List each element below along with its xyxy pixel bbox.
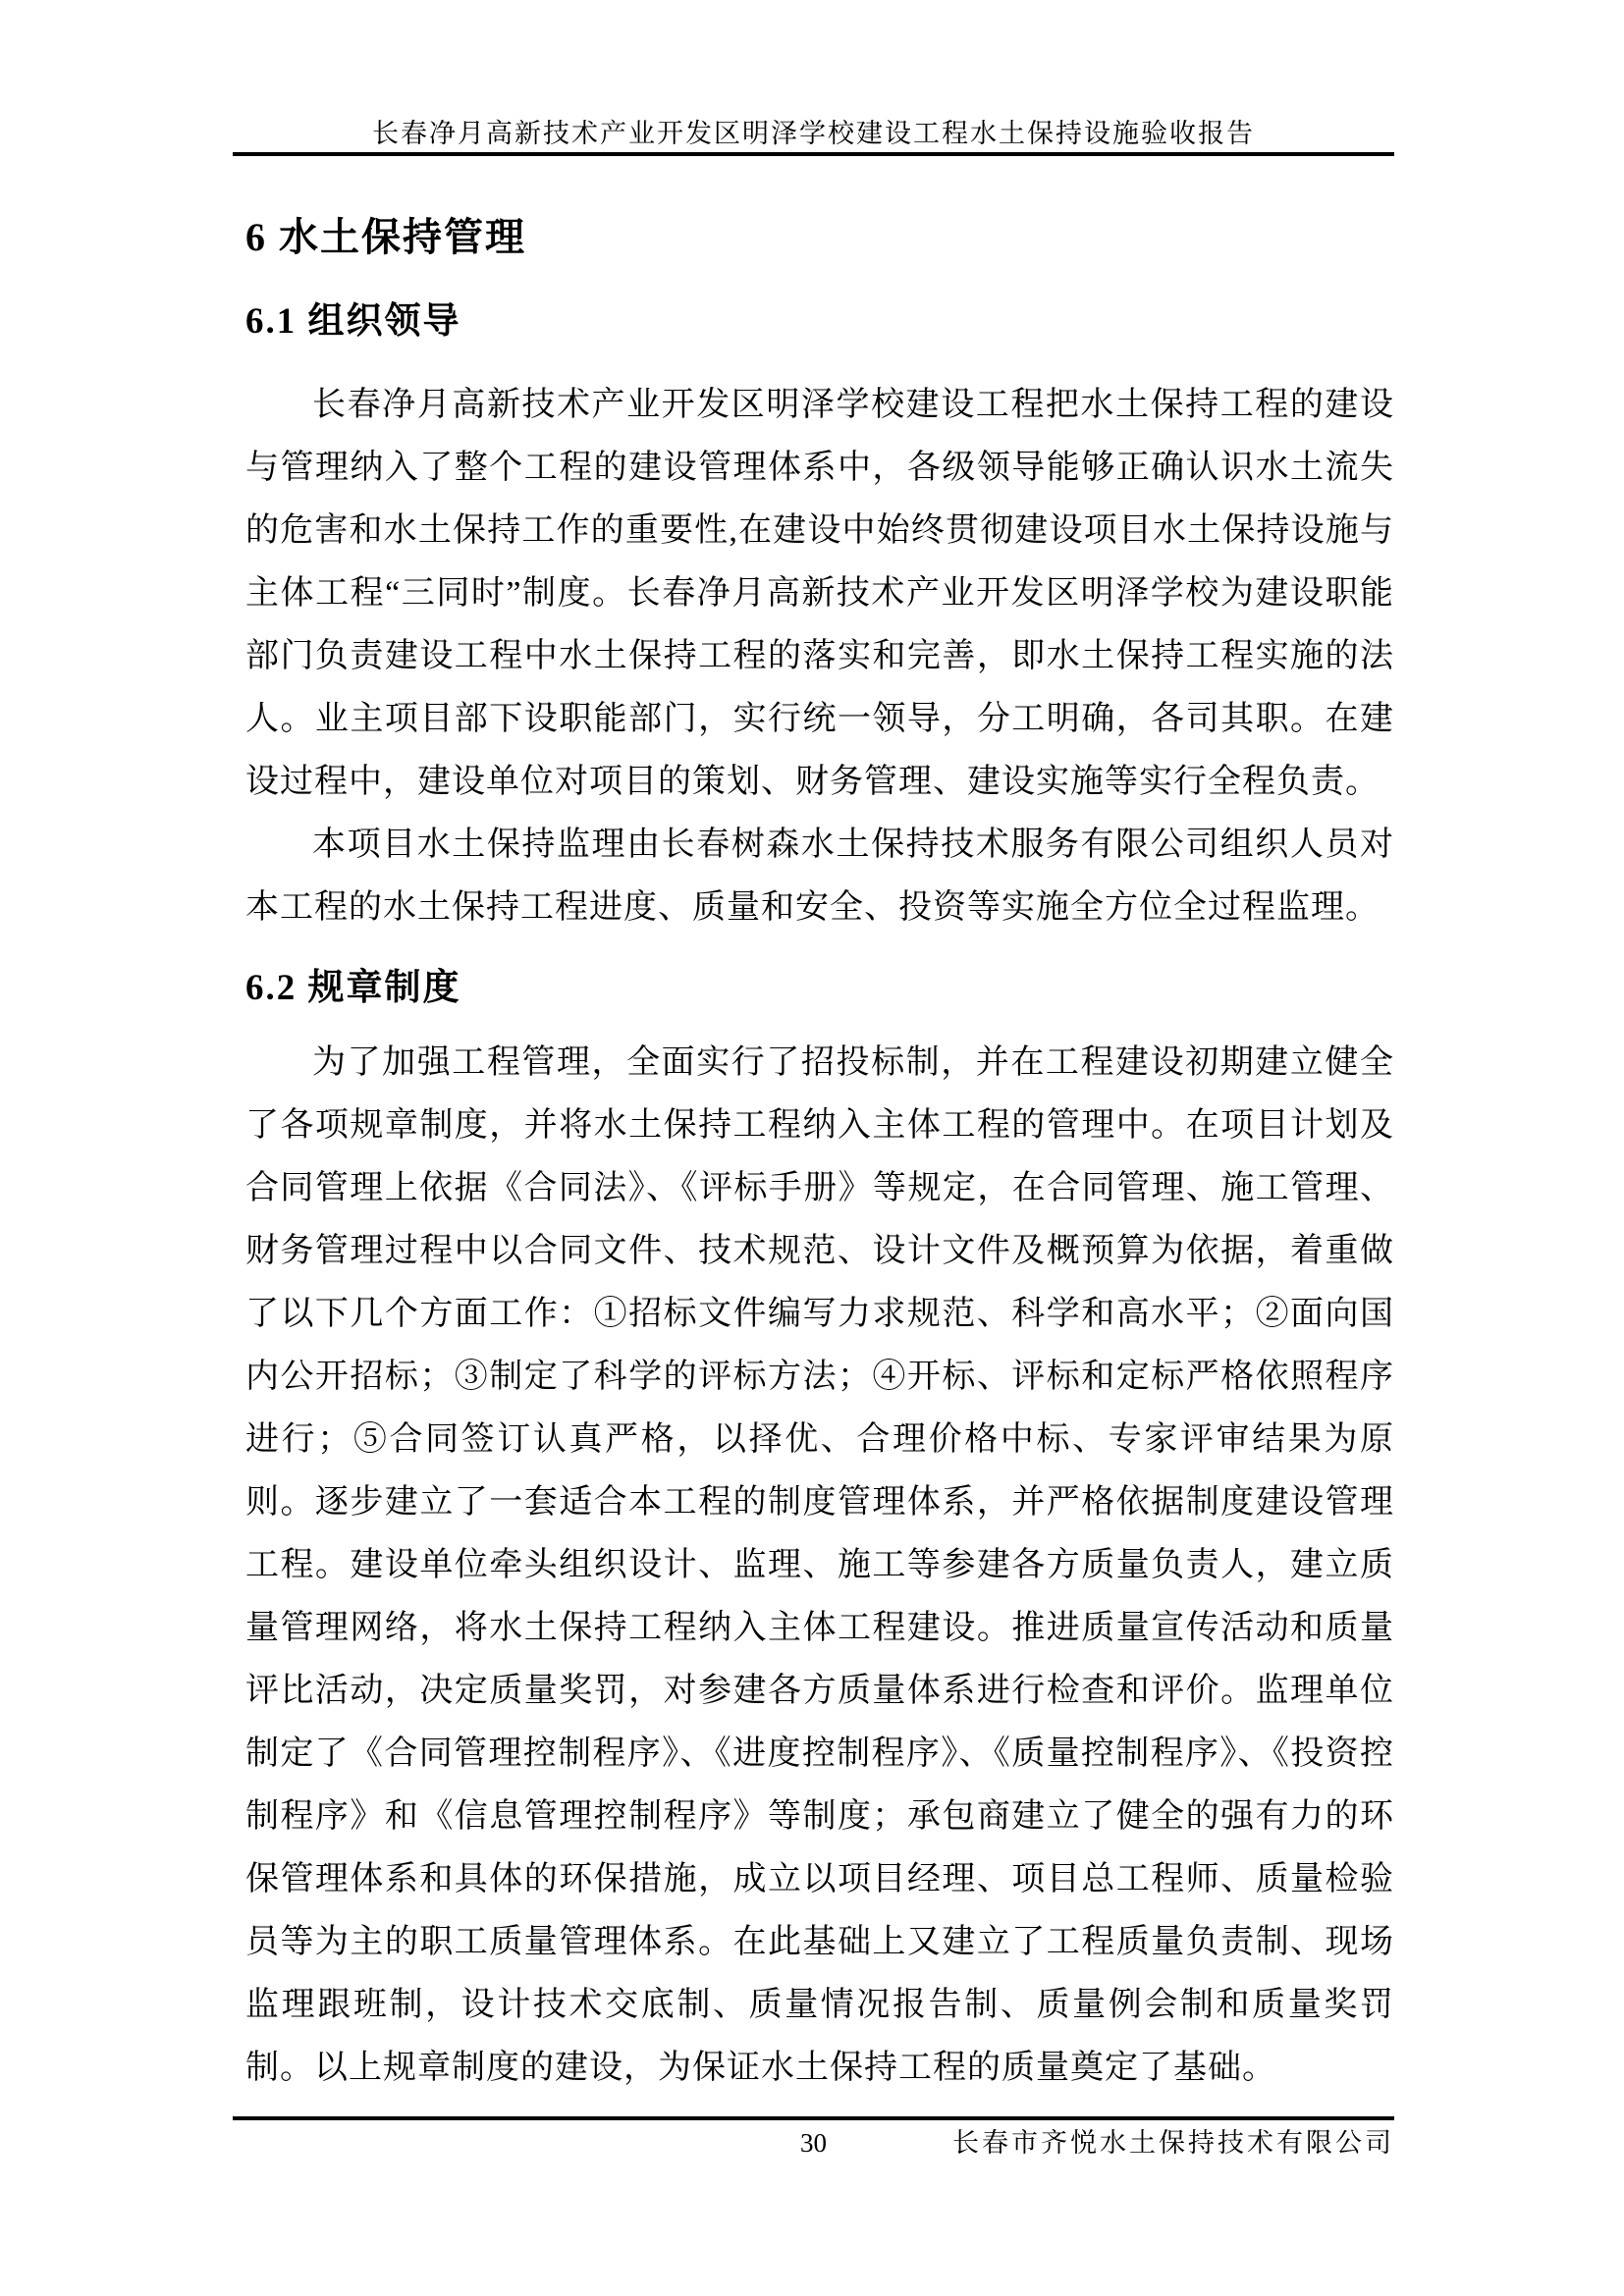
footer-row: 30 长春市齐悦水土保持技术有限公司 [233, 2120, 1394, 2165]
chapter-heading: 6 水土保持管理 [245, 216, 1394, 259]
page-number: 30 [800, 2120, 827, 2165]
page-footer: 30 长春市齐悦水土保持技术有限公司 [233, 2116, 1394, 2165]
paragraph-6-1-a: 长春净月高新技术产业开发区明泽学校建设工程把水土保持工程的建设与管理纳入了整个工… [245, 374, 1394, 814]
paragraph-6-1-b: 本项目水土保持监理由长春树森水土保持技术服务有限公司组织人员对本工程的水土保持工… [245, 814, 1394, 939]
footer-company-name: 长春市齐悦水土保持技术有限公司 [952, 2120, 1394, 2165]
document-page: 长春净月高新技术产业开发区明泽学校建设工程水土保持设施验收报告 6 水土保持管理… [0, 0, 1624, 2296]
section-heading-6-1: 6.1 组织领导 [245, 302, 1394, 342]
section-heading-6-2: 6.2 规章制度 [245, 969, 1394, 1008]
page-content: 6 水土保持管理 6.1 组织领导 长春净月高新技术产业开发区明泽学校建设工程把… [245, 0, 1394, 2100]
paragraph-6-2-a: 为了加强工程管理，全面实行了招投标制，并在工程建设初期建立健全了各项规章制度，并… [245, 1032, 1394, 2100]
